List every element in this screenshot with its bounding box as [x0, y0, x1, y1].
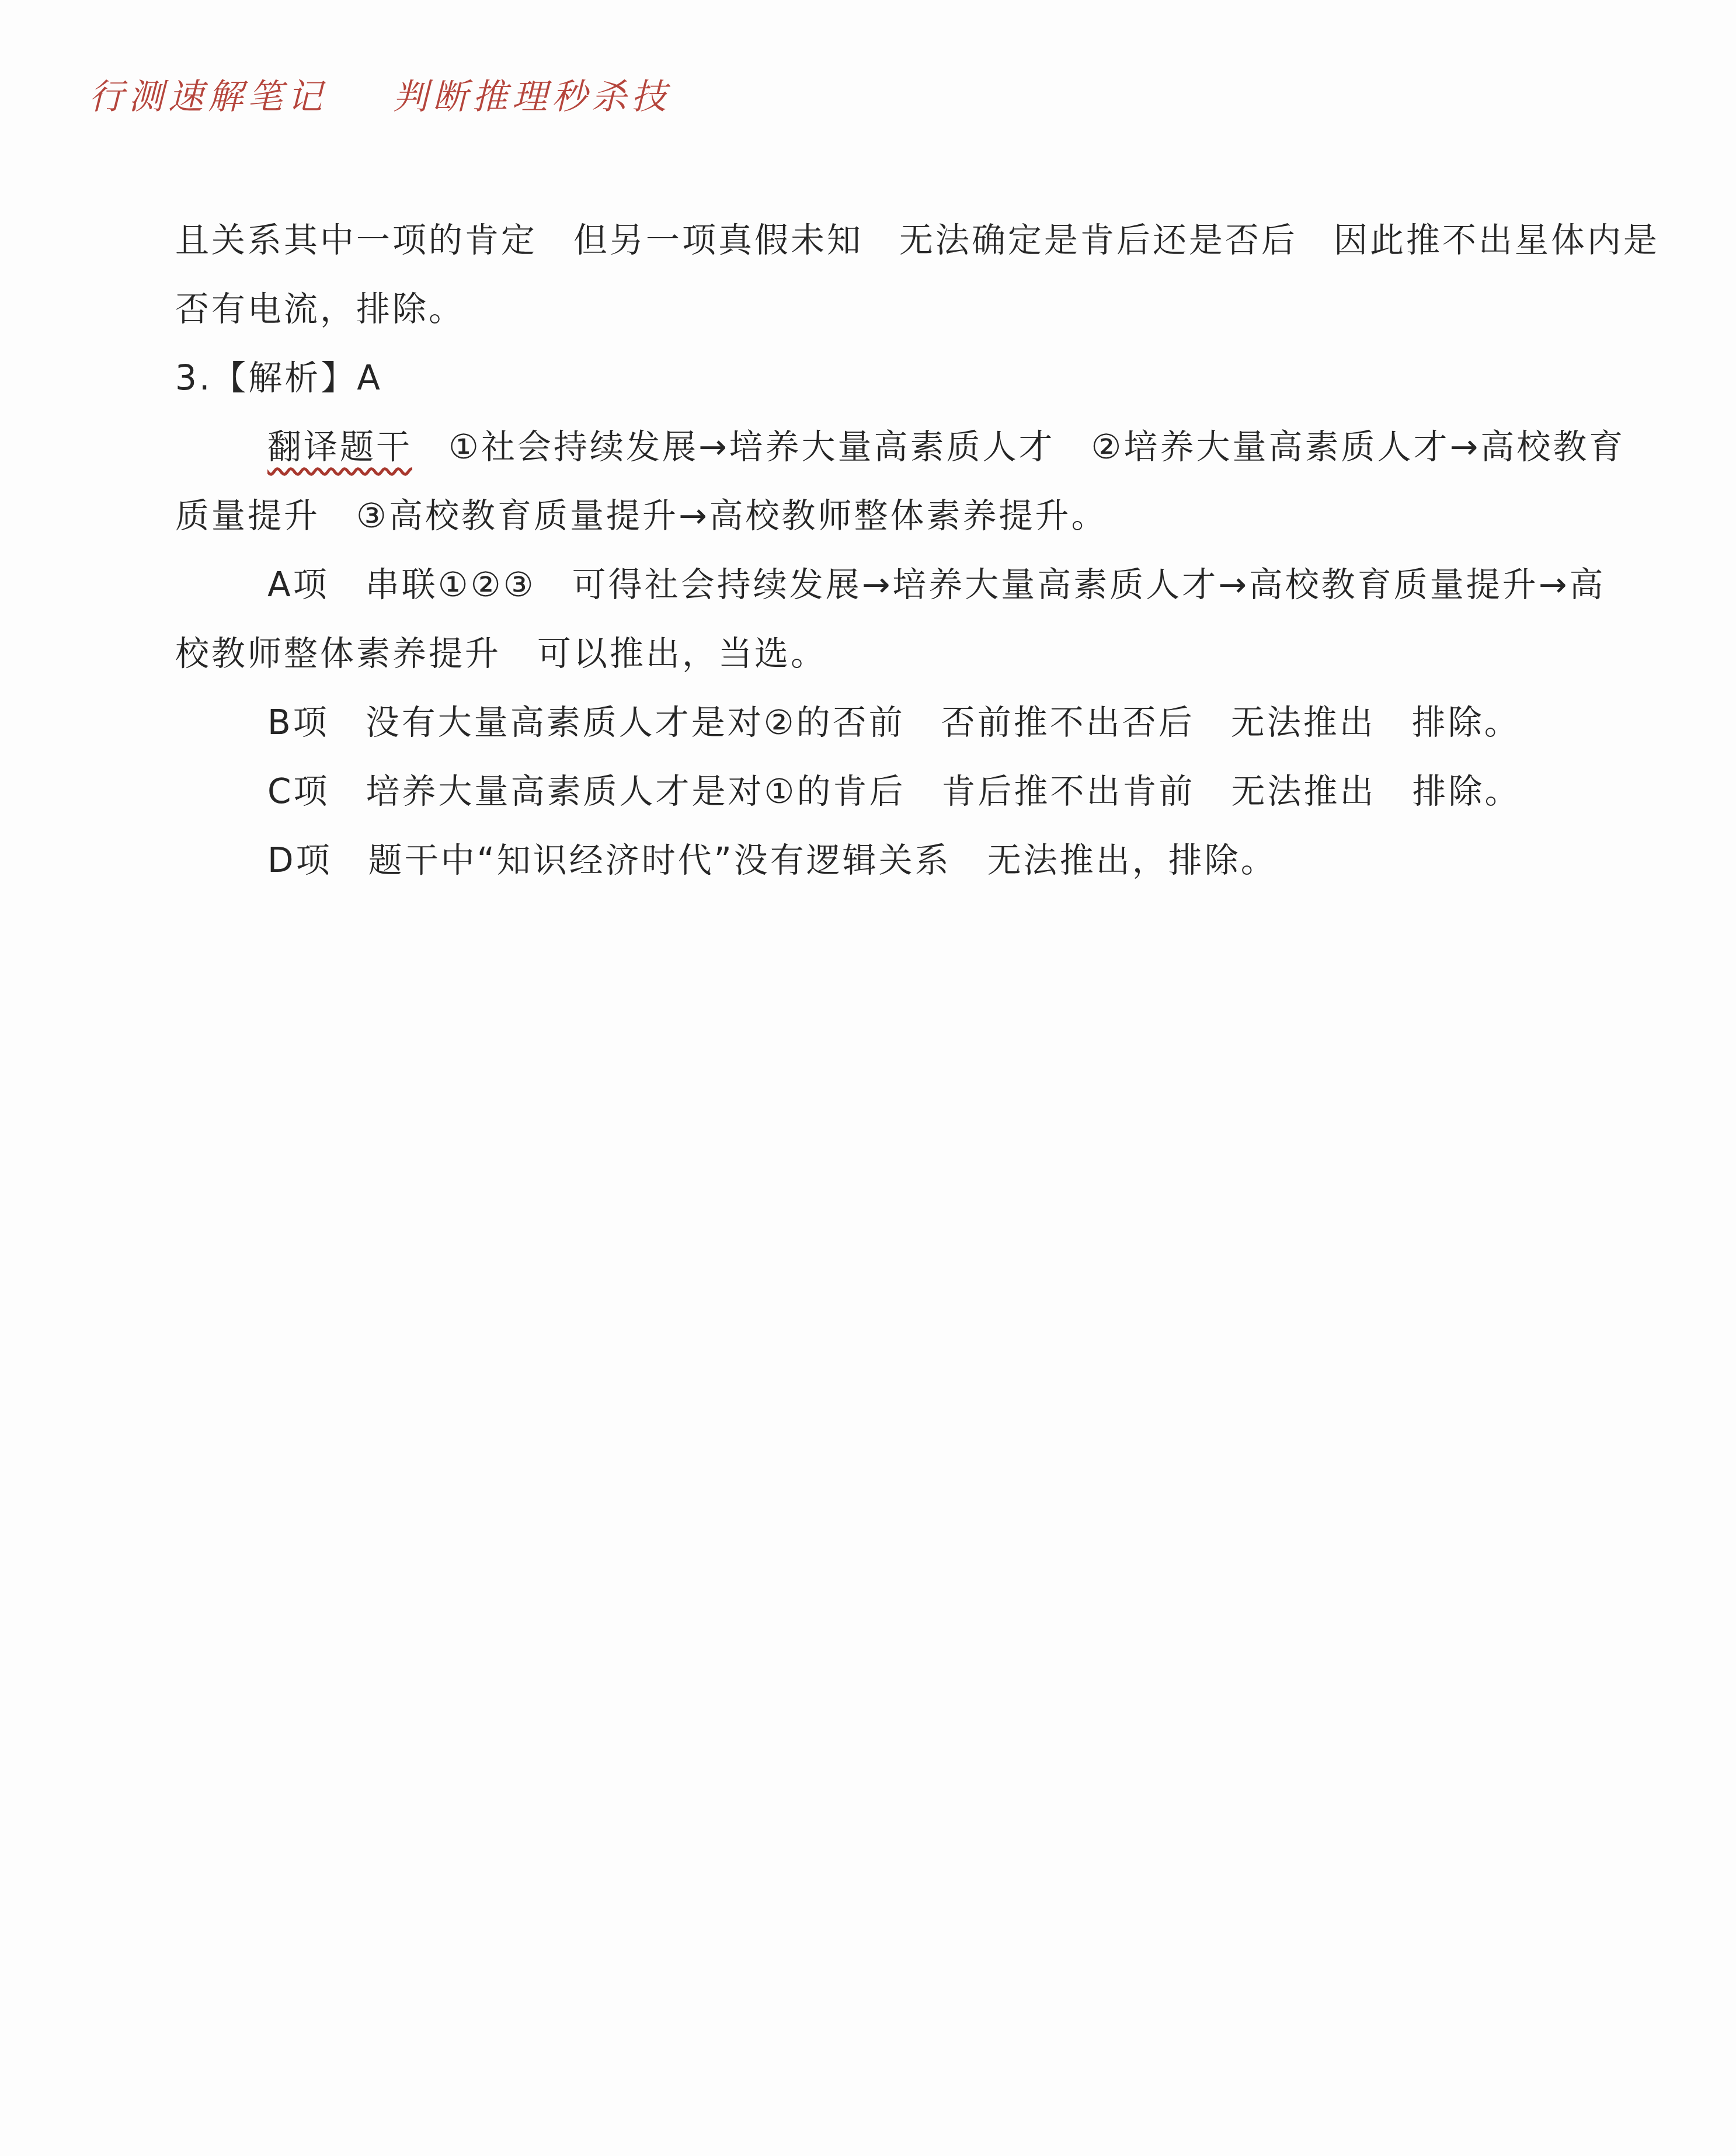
underlined-phrase: 翻译题干 — [267, 427, 412, 467]
answer-heading-line: 3.【解析】A — [175, 343, 1635, 412]
page-header: 行测速解笔记 判断推理秒杀技 — [89, 69, 671, 119]
notes-body: 且关系其中一项的肯定 但另一项真假未知 无法确定是肯后还是否后 因此推不出星体内… — [175, 206, 1635, 895]
option-b-line: B项 没有大量高素质人才是对②的否前 否前推不出否后 无法推出 排除。 — [175, 688, 1635, 757]
scanned-notes-page: 行测速解笔记 判断推理秒杀技 且关系其中一项的肯定 但另一项真假未知 无法确定是… — [0, 0, 1736, 2156]
text-line: 校教师整体素养提升 可以推出，当选。 — [175, 619, 1635, 688]
header-title-right: 判断推理秒杀技 — [393, 69, 671, 119]
translate-stem-line: 翻译题干 ①社会持续发展→培养大量高素质人才 ②培养大量高素质人才→高校教育 — [175, 412, 1635, 481]
option-d-line: D项 题干中“知识经济时代”没有逻辑关系 无法推出，排除。 — [175, 826, 1635, 895]
text-line: 否有电流，排除。 — [175, 274, 1635, 343]
text-line: ①社会持续发展→培养大量高素质人才 ②培养大量高素质人才→高校教育 — [412, 427, 1625, 467]
option-c-line: C项 培养大量高素质人才是对①的肯后 肯后推不出肯前 无法推出 排除。 — [175, 757, 1635, 826]
header-title-left: 行测速解笔记 — [89, 69, 327, 119]
text-line: 质量提升 ③高校教育质量提升→高校教师整体素养提升。 — [175, 481, 1635, 550]
text-line: 且关系其中一项的肯定 但另一项真假未知 无法确定是肯后还是否后 因此推不出星体内… — [175, 206, 1635, 274]
option-a-line: A项 串联①②③ 可得社会持续发展→培养大量高素质人才→高校教育质量提升→高 — [175, 550, 1635, 619]
